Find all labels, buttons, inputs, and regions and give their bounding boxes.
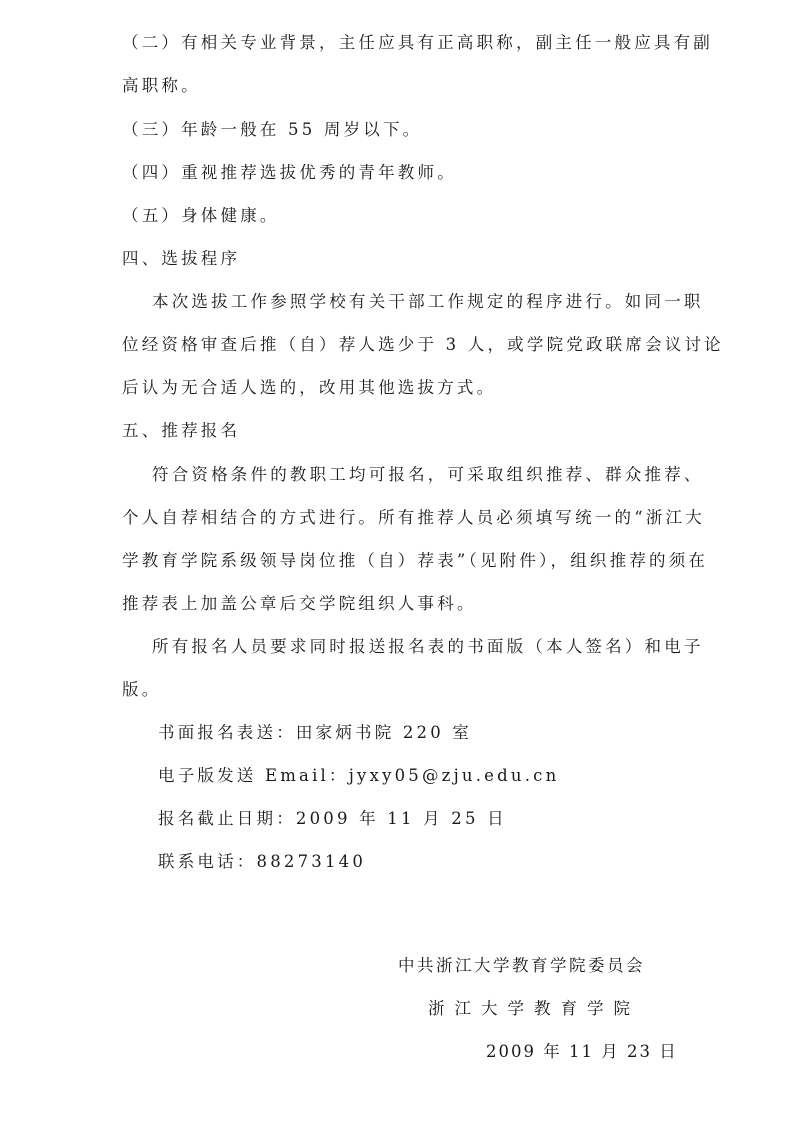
criteria-item-3: （三）年龄一般在 55 周岁以下。 (122, 119, 422, 141)
registration-paragraph2-line1: 所有报名人员要求同时报送报名表的书面版（本人签名）和电子 (152, 636, 704, 658)
procedure-paragraph-line2: 位经资格审查后推（自）荐人选少于 3 人，或学院党政联席会议讨论 (122, 334, 724, 356)
registration-paragraph1-line4: 推荐表上加盖公章后交学院组织人事科。 (122, 593, 477, 615)
document-page: （二）有相关专业背景，主任应具有正高职称，副主任一般应具有副 高职称。 （三）年… (0, 0, 800, 1131)
contact-phone: 联系电话：88273140 (158, 851, 366, 873)
email-submission: 电子版发送 Email：jyxy05@zju.edu.cn (158, 765, 559, 787)
registration-deadline: 报名截止日期：2009 年 11 月 25 日 (158, 808, 507, 830)
section-heading-registration: 五、推荐报名 (122, 420, 240, 442)
criteria-item-5: （五）身体健康。 (122, 205, 280, 227)
criteria-item-2-line1: （二）有相关专业背景，主任应具有正高职称，副主任一般应具有副 (122, 32, 713, 54)
procedure-paragraph-line3: 后认为无合适人选的，改用其他选拔方式。 (122, 377, 496, 399)
procedure-paragraph-line1: 本次选拔工作参照学校有关干部工作规定的程序进行。如同一职 (152, 291, 704, 313)
paper-submission-location: 书面报名表送：田家炳书院 220 室 (158, 722, 472, 744)
signature-college: 浙江大学教育学院 (428, 998, 640, 1020)
criteria-item-4: （四）重视推荐选拔优秀的青年教师。 (122, 162, 457, 184)
registration-paragraph2-line2: 版。 (122, 679, 161, 701)
signature-party-committee: 中共浙江大学教育学院委员会 (398, 955, 645, 977)
signature-date: 2009 年 11 月 23 日 (486, 1041, 678, 1063)
registration-paragraph1-line3: 学教育学院系级领导岗位推（自）荐表”（见附件），组织推荐的须在 (122, 550, 708, 572)
criteria-item-2-line2: 高职称。 (122, 75, 201, 97)
section-heading-selection-procedure: 四、选拔程序 (122, 248, 240, 270)
registration-paragraph1-line2: 个人自荐相结合的方式进行。所有推荐人员必须填写统一的“浙江大 (122, 507, 705, 529)
registration-paragraph1-line1: 符合资格条件的教职工均可报名，可采取组织推荐、群众推荐、 (152, 464, 704, 486)
